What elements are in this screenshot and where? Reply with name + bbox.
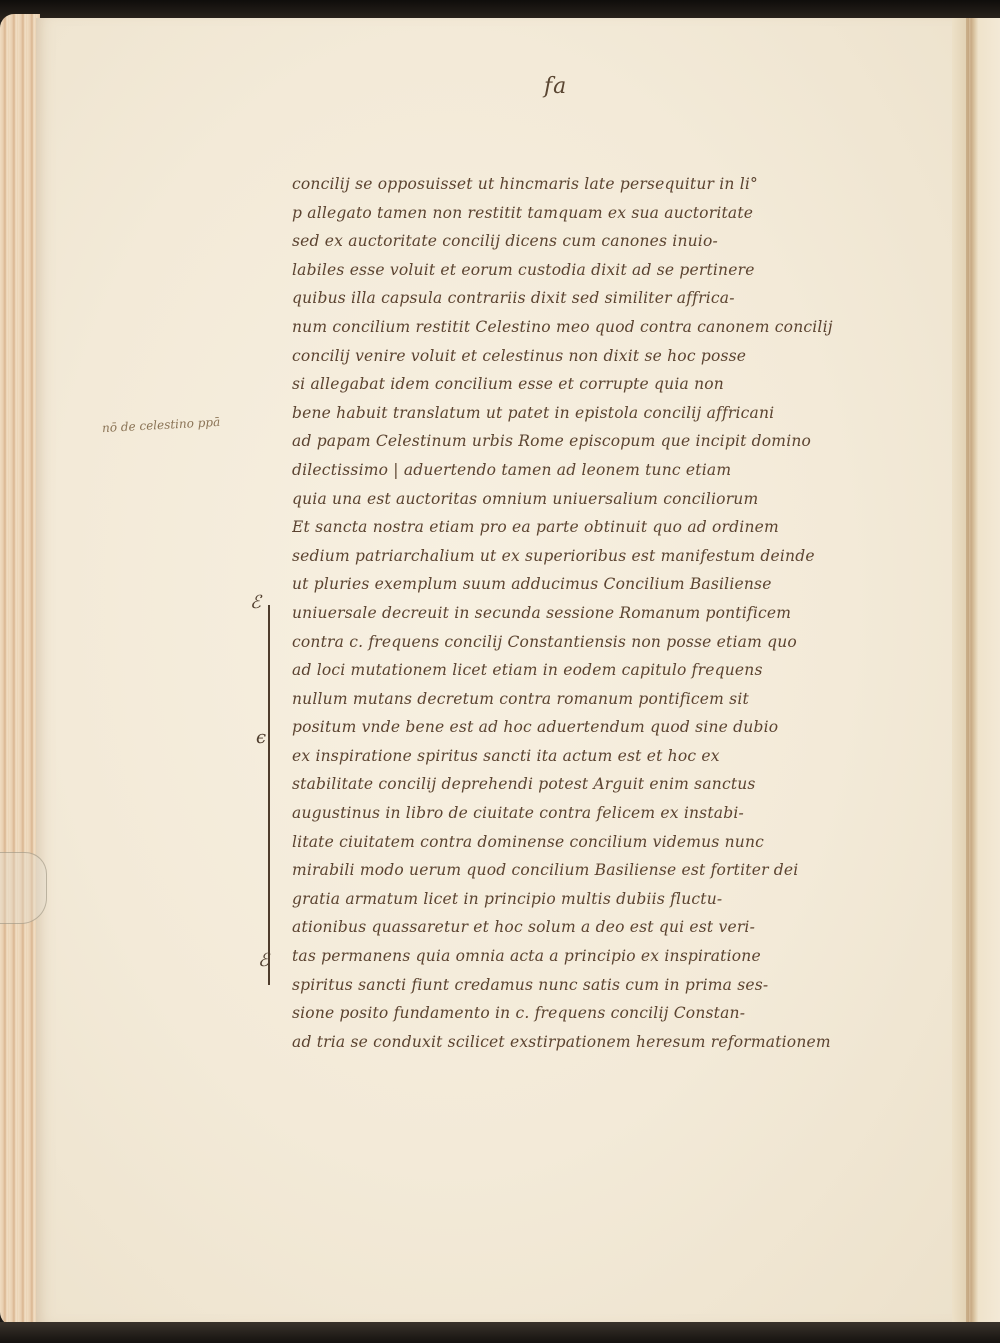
text-line: tas permanens quia omnia acta a principi… (292, 942, 860, 971)
text-line: ad papam Celestinum urbis Rome episcopum… (292, 427, 860, 456)
text-line: positum vnde bene est ad hoc aduertendum… (292, 713, 860, 742)
text-line: dilectissimo | aduertendo tamen ad leone… (292, 456, 860, 485)
page-clip (0, 852, 47, 924)
text-line: ad loci mutationem licet etiam in eodem … (292, 656, 860, 685)
text-line: quibus illa capsula contrariis dixit sed… (292, 284, 860, 313)
text-line: mirabili modo uerum quod concilium Basil… (292, 856, 860, 885)
text-line: nullum mutans decretum contra romanum po… (292, 685, 860, 714)
marginal-sign-2: ϵ (256, 727, 266, 748)
text-line: si allegabat idem concilium esse et corr… (292, 370, 860, 399)
marginal-bracket-line (268, 605, 270, 985)
text-line: num concilium restitit Celestino meo quo… (292, 313, 860, 342)
marginal-sign-3: ℰ (258, 950, 269, 971)
text-line: bene habuit translatum ut patet in epist… (292, 399, 860, 428)
text-line: ex inspiratione spiritus sancti ita actu… (292, 742, 860, 771)
book-page-edges-left (0, 14, 40, 1326)
text-line: ut pluries exemplum suum adducimus Conci… (292, 570, 860, 599)
scan-background-bottom (0, 1322, 1000, 1343)
text-line: sione posito fundamento in c. frequens c… (292, 999, 860, 1028)
text-line: uniuersale decreuit in secunda sessione … (292, 599, 860, 628)
text-line: ad tria se conduxit scilicet exstirpatio… (292, 1028, 860, 1057)
text-line: ationibus quassaretur et hoc solum a deo… (292, 913, 860, 942)
text-line: sedium patriarchalium ut ex superioribus… (292, 542, 860, 571)
main-text-block: concilij se opposuisset ut hincmaris lat… (292, 170, 860, 1056)
text-line: concilij se opposuisset ut hincmaris lat… (292, 170, 860, 199)
manuscript-scan: fa nō de celestino ppā ℰ ϵ ℰ concilij se… (0, 0, 1000, 1343)
gutter-fold-line (966, 18, 969, 1322)
scan-background-top (0, 0, 1000, 20)
text-line: labiles esse voluit et eorum custodia di… (292, 256, 860, 285)
folio-number: fa (544, 74, 567, 99)
text-line: litate ciuitatem contra dominense concil… (292, 828, 860, 857)
book-gutter-right (952, 18, 1000, 1322)
text-line: stabilitate concilij deprehendi potest A… (292, 770, 860, 799)
text-line: gratia armatum licet in principio multis… (292, 885, 860, 914)
text-line: p allegato tamen non restitit tamquam ex… (292, 199, 860, 228)
text-line: quia una est auctoritas omnium uniuersal… (292, 485, 860, 514)
text-line: augustinus in libro de ciuitate contra f… (292, 799, 860, 828)
text-line: Et sancta nostra etiam pro ea parte obti… (292, 513, 860, 542)
text-line: spiritus sancti fiunt credamus nunc sati… (292, 971, 860, 1000)
text-line: sed ex auctoritate concilij dicens cum c… (292, 227, 860, 256)
text-line: concilij venire voluit et celestinus non… (292, 342, 860, 371)
text-line: contra c. frequens concilij Constantiens… (292, 628, 860, 657)
marginal-sign-1: ℰ (250, 592, 261, 613)
